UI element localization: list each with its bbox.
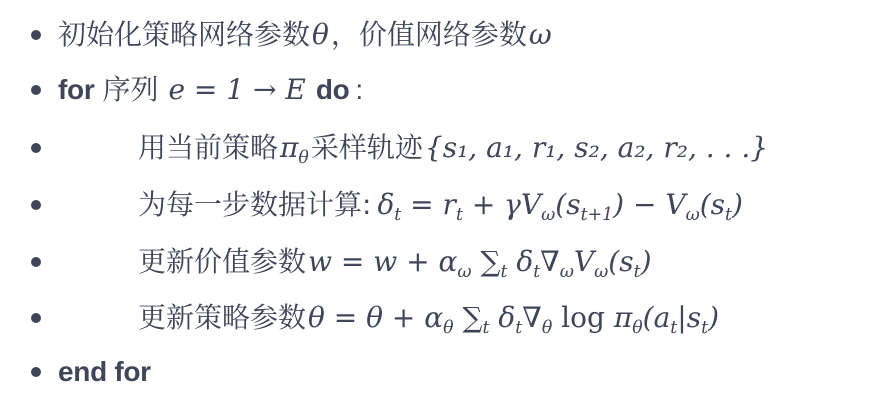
math-omega: ω xyxy=(529,11,552,59)
bullet-icon xyxy=(31,85,41,95)
math-theta: θ xyxy=(312,11,329,59)
line-text: ，价值网络参数 xyxy=(331,11,527,59)
line-text: 为每一步数据计算: xyxy=(138,181,371,229)
math-value-update: w = w + αω ∑t δt∇ωVω(st) xyxy=(308,238,651,286)
algorithm-line-4: 为每一步数据计算: δt = rt + γVω(st+1) − Vω(st) xyxy=(0,181,876,229)
bullet-icon xyxy=(31,313,41,323)
line-text: 更新价值参数 xyxy=(138,238,306,286)
algorithm-line-6: 更新策略参数 θ = θ + αθ ∑t δt∇θ log πθ(at|st) xyxy=(0,294,876,342)
line-text: 用当前策略 xyxy=(138,124,278,172)
algorithm-line-5: 更新价值参数 w = w + αω ∑t δt∇ωVω(st) xyxy=(0,238,876,286)
line-text: 序列 xyxy=(102,66,158,114)
algorithm-line-1: 初始化策略网络参数 θ ，价值网络参数 ω xyxy=(0,11,876,59)
line-text: 更新策略参数 xyxy=(138,294,306,342)
bullet-icon xyxy=(31,30,41,40)
keyword-end-for: end for xyxy=(58,348,151,396)
algorithm-line-7: end for xyxy=(0,348,876,396)
line-content: 更新策略参数 θ = θ + αθ ∑t δt∇θ log πθ(at|st) xyxy=(138,294,721,342)
colon: : xyxy=(355,66,363,114)
bullet-icon xyxy=(31,143,41,153)
line-text: 初始化策略网络参数 xyxy=(58,11,310,59)
math-policy-update: θ = θ + αθ ∑t δt∇θ log πθ(at|st) xyxy=(308,294,719,342)
bullet-icon xyxy=(31,257,41,267)
math-td-error: δt = rt + γVω(st+1) − Vω(st) xyxy=(377,181,743,229)
math-loop-range: e = 1 → E xyxy=(168,66,305,114)
keyword-do: do xyxy=(316,66,350,114)
keyword-for: for xyxy=(58,66,94,114)
line-content: end for xyxy=(58,348,151,396)
bullet-icon xyxy=(31,367,41,377)
line-content: 用当前策略 πθ 采样轨迹 {s₁, a₁, r₁, s₂, a₂, r₂, .… xyxy=(138,124,770,172)
algorithm-line-3: 用当前策略 πθ 采样轨迹 {s₁, a₁, r₁, s₂, a₂, r₂, .… xyxy=(0,124,876,172)
math-policy: πθ xyxy=(280,124,309,172)
line-content: 为每一步数据计算: δt = rt + γVω(st+1) − Vω(st) xyxy=(138,181,745,229)
line-text: 采样轨迹 xyxy=(311,124,423,172)
algorithm-line-2: for 序列 e = 1 → E do : xyxy=(0,66,876,114)
line-content: for 序列 e = 1 → E do : xyxy=(58,66,363,114)
line-content: 初始化策略网络参数 θ ，价值网络参数 ω xyxy=(58,11,554,59)
line-content: 更新价值参数 w = w + αω ∑t δt∇ωVω(st) xyxy=(138,238,654,286)
bullet-icon xyxy=(31,200,41,210)
math-trajectory: {s₁, a₁, r₁, s₂, a₂, r₂, . . .} xyxy=(425,124,768,172)
